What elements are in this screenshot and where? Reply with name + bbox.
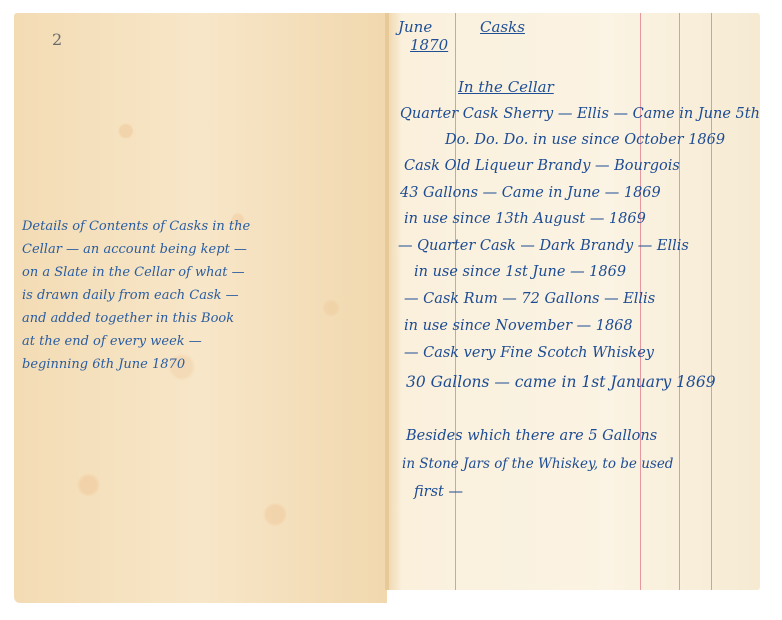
open-notebook: 2 Details of Contents of Casks in the Ce… (0, 0, 782, 620)
cask-entry: in use since November — 1868 (404, 318, 633, 334)
paragraph-line: beginning 6th June 1870 (22, 353, 362, 376)
note-line: first — (414, 484, 463, 500)
date-month: June (398, 18, 432, 36)
cask-entry: in use since 13th August — 1869 (404, 211, 646, 227)
section-heading: In the Cellar (458, 78, 554, 96)
cask-entry: Quarter Cask Sherry — Ellis — Came in Ju… (400, 106, 760, 122)
column-rule (679, 13, 680, 590)
cask-entry: Do. Do. Do. in use since October 1869 (445, 132, 725, 148)
cask-entry: in use since 1st June — 1869 (414, 264, 626, 280)
note-line: in Stone Jars of the Whiskey, to be used (402, 456, 673, 472)
note-line: Besides which there are 5 Gallons (406, 428, 657, 444)
cask-entry: Cask Old Liqueur Brandy — Bourgois (404, 158, 680, 174)
date-year: 1870 (410, 36, 448, 54)
cask-entry: — Cask very Fine Scotch Whiskey (404, 345, 654, 361)
cask-entry: — Quarter Cask — Dark Brandy — Ellis (398, 238, 689, 254)
book-gutter (385, 13, 389, 590)
paragraph-line: at the end of every week — (22, 330, 362, 353)
cask-entry: — Cask Rum — 72 Gallons — Ellis (404, 291, 655, 307)
paragraph-line: is drawn daily from each Cask — (22, 284, 362, 307)
page-heading: Casks (480, 18, 525, 36)
left-page-paragraph: Details of Contents of Casks in the Cell… (22, 215, 362, 376)
paragraph-line: Details of Contents of Casks in the (22, 215, 362, 238)
paragraph-line: on a Slate in the Cellar of what — (22, 261, 362, 284)
column-rule (711, 13, 712, 590)
paragraph-line: Cellar — an account being kept — (22, 238, 362, 261)
cask-entry: 30 Gallons — came in 1st January 1869 (406, 373, 716, 391)
paragraph-line: and added together in this Book (22, 307, 362, 330)
cask-entry: 43 Gallons — Came in June — 1869 (400, 185, 661, 201)
page-number-mark: 2 (52, 30, 62, 49)
